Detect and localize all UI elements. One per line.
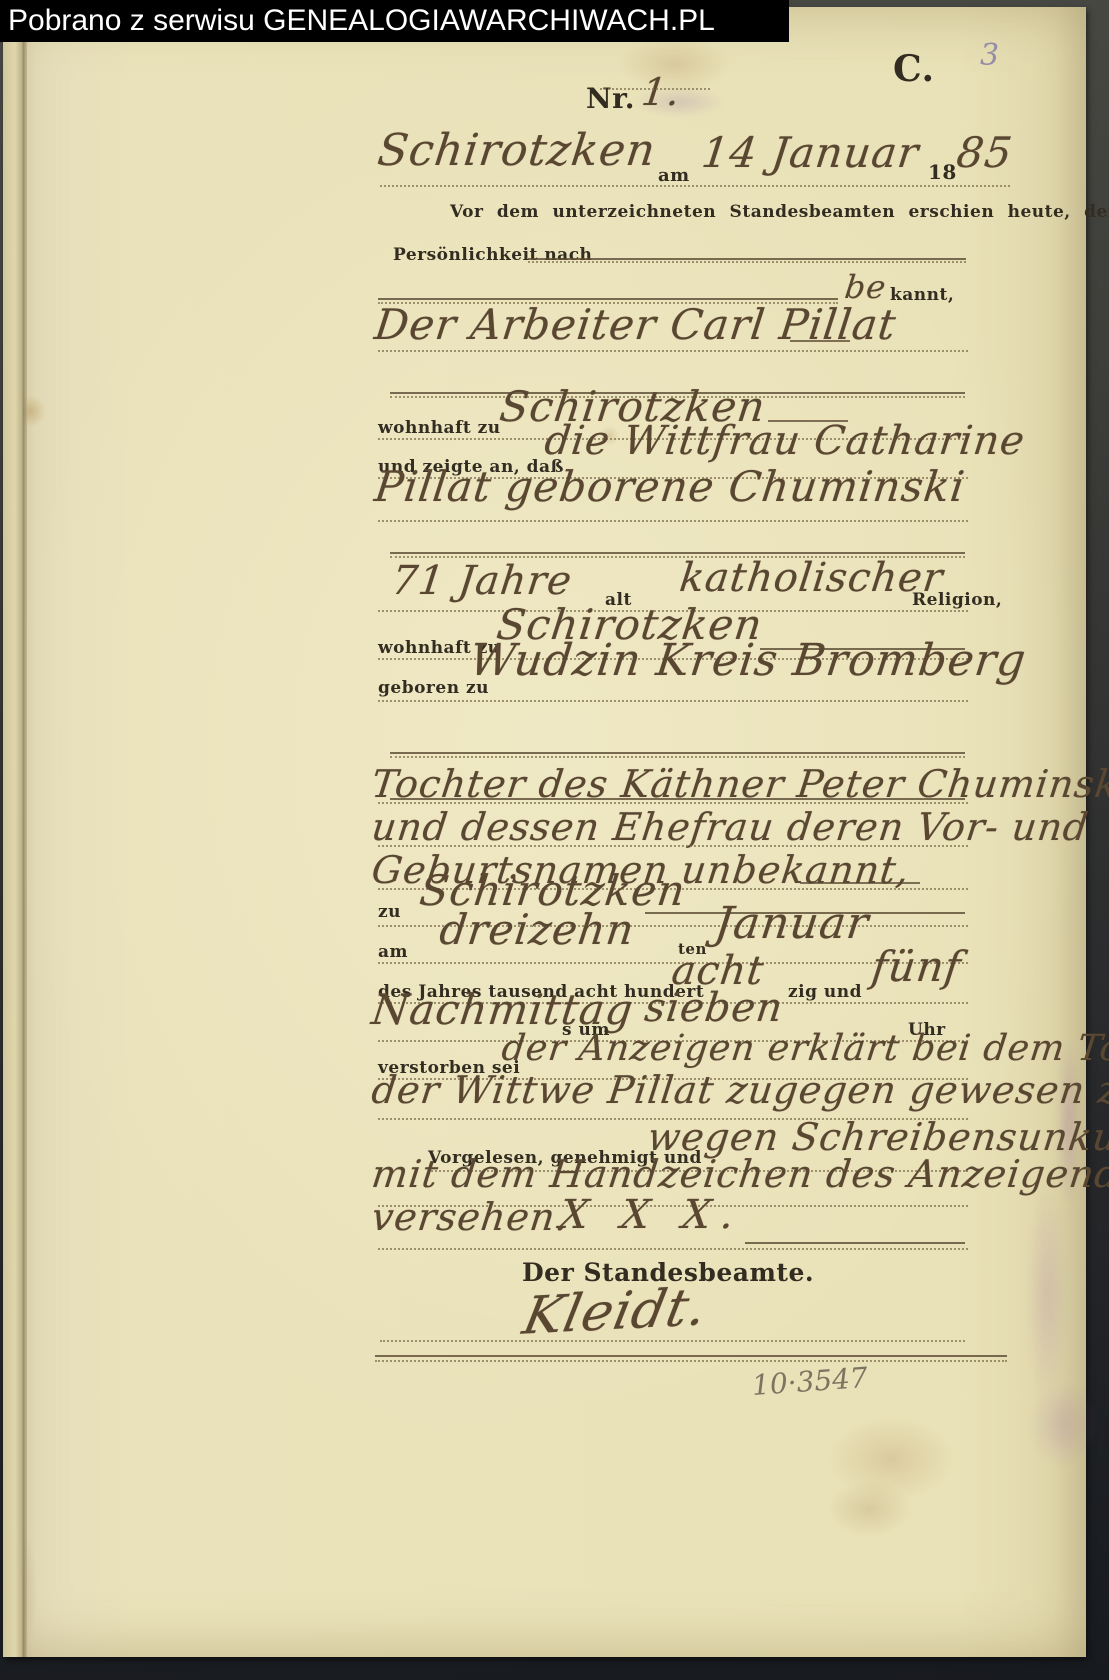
official-signature: Kleidt. bbox=[518, 1277, 713, 1346]
intro-line: Vor dem unterzeichneten Standesbeamten e… bbox=[450, 202, 1109, 222]
statement-line-1: der Anzeigen erklärt bei dem Tode bbox=[499, 1028, 1109, 1069]
rule bbox=[390, 752, 965, 754]
corner-letter: C. bbox=[893, 48, 935, 90]
date-entry: 14 Januar bbox=[699, 128, 922, 177]
rule bbox=[378, 520, 968, 522]
record-number-label: Nr. bbox=[586, 82, 635, 115]
am-label: am bbox=[658, 165, 690, 186]
pencil-page-number: 3 bbox=[980, 38, 999, 73]
rule bbox=[745, 1242, 965, 1244]
rule bbox=[378, 1248, 968, 1250]
rule bbox=[378, 802, 968, 804]
record-number-value: 1. bbox=[639, 70, 683, 114]
religion-label: Religion, bbox=[912, 590, 1002, 610]
death-month-entry: Januar bbox=[712, 898, 872, 949]
death-date-am-label: am bbox=[378, 942, 408, 962]
age-entry: 71 Jahre bbox=[389, 558, 575, 604]
filler-dash bbox=[790, 340, 850, 342]
residence1-label: wohnhaft zu bbox=[378, 418, 501, 438]
death-year-ones: fünf bbox=[869, 942, 964, 991]
report-entry-2: Pillat geborene Chuminski bbox=[372, 462, 968, 511]
parents-line-1: Tochter des Käthner Peter Chuminski bbox=[369, 762, 1109, 806]
rule bbox=[528, 261, 966, 263]
rule bbox=[378, 350, 968, 352]
bekannt-printed: kannt, bbox=[890, 285, 954, 305]
year-prefix: 18 bbox=[928, 160, 957, 184]
rule bbox=[378, 700, 968, 702]
birthplace-entry: Wudzin Kreis Bromberg bbox=[467, 635, 1029, 686]
closing-line-3: versehen. bbox=[369, 1195, 571, 1239]
statement-line-2: der Wittwe Pillat zugegen gewesen zu sei… bbox=[369, 1068, 1109, 1112]
rule bbox=[390, 756, 965, 758]
parents-line-2: und dessen Ehefrau deren Vor- und bbox=[369, 805, 1091, 849]
closing-line-2: mit dem Handzeichen des Anzeigenden bbox=[369, 1152, 1109, 1196]
hour-entry: sieben bbox=[642, 985, 786, 1031]
rule bbox=[378, 845, 968, 847]
rule bbox=[600, 88, 710, 90]
death-place-label: zu bbox=[378, 902, 401, 922]
zig-label: zig und bbox=[788, 982, 862, 1002]
rule bbox=[375, 1360, 1007, 1362]
rule bbox=[380, 185, 1010, 187]
rule bbox=[375, 1355, 1007, 1357]
fold-crease bbox=[23, 7, 27, 1657]
handmarks-xxx: X X X. bbox=[557, 1192, 746, 1238]
filler-dash bbox=[800, 882, 920, 884]
place-entry: Schirotzken bbox=[375, 125, 659, 176]
rule bbox=[390, 552, 965, 554]
binding-edge bbox=[3, 7, 23, 1657]
death-day-entry: dreizehn bbox=[437, 905, 637, 954]
religion-entry: katholischer bbox=[677, 555, 946, 601]
watermark-banner: Pobrano z serwisu GENEALOGIAWARCHIWACH.P… bbox=[0, 0, 789, 42]
report-entry-1: die Wittfrau Catharine bbox=[542, 418, 1028, 464]
rule bbox=[528, 258, 966, 260]
year-entry: 85 bbox=[954, 128, 1015, 177]
rule bbox=[380, 1340, 965, 1342]
